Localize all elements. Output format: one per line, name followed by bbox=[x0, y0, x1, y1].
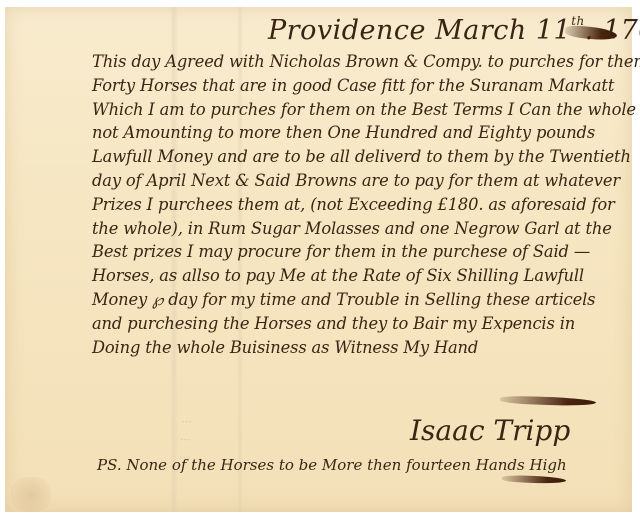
body-line: and purchesing the Horses and they to Ba… bbox=[92, 312, 622, 336]
body-line: Forty Horses that are in good Case fitt … bbox=[92, 74, 622, 98]
postscript: PS. None of the Horses to be More then f… bbox=[97, 456, 567, 474]
body-line: the whole), in Rum Sugar Molasses and on… bbox=[92, 217, 622, 241]
paper-stain bbox=[11, 477, 51, 512]
body-line: Prizes I purchees them at, (not Exceedin… bbox=[92, 193, 622, 217]
body-line: Which I am to purches for them on the Be… bbox=[92, 98, 622, 122]
body-line: day of April Next & Said Browns are to p… bbox=[92, 169, 622, 193]
signature: Isaac Tripp bbox=[410, 414, 570, 447]
heading-date: March 11 bbox=[435, 15, 571, 46]
body-line: Money ℘ day for my time and Trouble in S… bbox=[92, 288, 622, 312]
body-line: Doing the whole Buisiness as Witness My … bbox=[92, 336, 622, 360]
bleed-through-text: ... ... ... bbox=[87, 404, 192, 491]
body-line: Horses, as allso to pay Me at the Rate o… bbox=[92, 264, 622, 288]
body-line: Best prizes I may procure for them in th… bbox=[92, 240, 622, 264]
letter-body: This day Agreed with Nicholas Brown & Co… bbox=[92, 50, 622, 359]
body-line: This day Agreed with Nicholas Brown & Co… bbox=[92, 50, 622, 74]
body-line: not Amounting to more then One Hundred a… bbox=[92, 121, 622, 145]
body-line: Lawfull Money and are to be all deliverd… bbox=[92, 145, 622, 169]
heading-place: Providence bbox=[268, 15, 426, 46]
